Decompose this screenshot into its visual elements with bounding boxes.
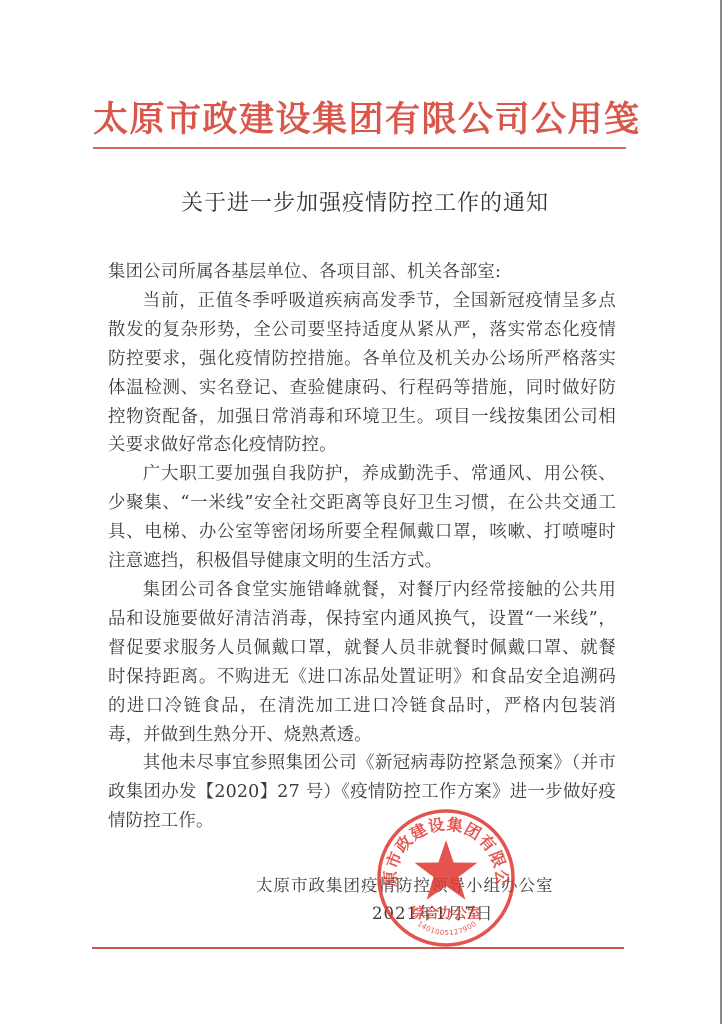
paragraph-3: 集团公司各食堂实施错峰就餐，对餐厅内经常接触的公共用品和设施要做好清洁消毒，保持…	[108, 576, 616, 749]
seal-star-icon	[415, 840, 478, 900]
paragraph-2: 广大职工要加强自我防护，养成勤洗手、常通风、用公筷、少聚集、“一米线”安全社交距…	[108, 460, 616, 576]
seal-inner-text: 综合办公室	[411, 905, 481, 922]
official-seal-icon: 太原市政建设集团有限公司 综合办公室 1401005127900	[376, 808, 516, 948]
document-title: 关于进一步加强疫情防控工作的通知	[100, 186, 630, 217]
paragraph-1: 当前，正值冬季呼吸道疾病高发季节，全国新冠疫情呈多点散发的复杂形势，全公司要坚持…	[108, 287, 616, 460]
salutation: 集团公司所属各基层单位、各项目部、机关各部室:	[108, 258, 616, 287]
svg-text:1401005127900: 1401005127900	[416, 920, 478, 937]
page-scan-edge	[720, 0, 722, 1024]
letterhead-divider	[93, 147, 626, 149]
document-body: 集团公司所属各基层单位、各项目部、机关各部室: 当前，正值冬季呼吸道疾病高发季节…	[108, 258, 616, 836]
paragraph-4: 其他未尽事宜参照集团公司《新冠病毒防控紧急预案》（并市政集团办发【2020】27…	[108, 749, 616, 836]
letterhead-title: 太原市政建设集团有限公司公用笺	[93, 92, 626, 142]
footer-divider	[92, 947, 624, 949]
seal-serial: 1401005127900	[416, 920, 478, 937]
